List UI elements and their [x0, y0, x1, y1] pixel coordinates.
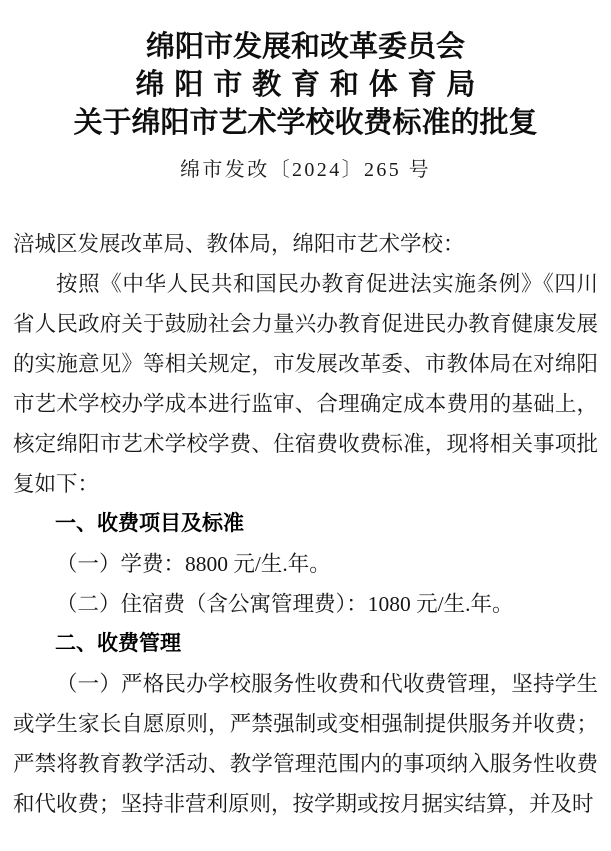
document-number: 绵市发改〔2024〕265 号 — [13, 156, 598, 184]
section2-paragraph: （一）严格民办学校服务性收费和代收费管理，坚持学生或学生家长自愿原则，严禁强制或… — [13, 664, 598, 824]
document-page: 绵阳市发展和改革委员会 绵阳市教育和体育局 关于绵阳市艺术学校收费标准的批复 绵… — [0, 0, 611, 851]
section1-heading: 一、收费项目及标准 — [13, 504, 598, 544]
title-issuer-development-reform-commission: 绵阳市发展和改革委员会 — [13, 28, 598, 66]
document-title: 绵阳市发展和改革委员会 绵阳市教育和体育局 关于绵阳市艺术学校收费标准的批复 — [13, 28, 598, 142]
section1-item-accommodation-fee: （二）住宿费（含公寓管理费）：1080 元/生.年。 — [13, 584, 598, 624]
salutation: 涪城区发展改革局、教体局，绵阳市艺术学校： — [13, 224, 598, 264]
section2-heading: 二、收费管理 — [13, 624, 598, 664]
title-subject: 关于绵阳市艺术学校收费标准的批复 — [13, 104, 598, 142]
intro-paragraph: 按照《中华人民共和国民办教育促进法实施条例》《四川省人民政府关于鼓励社会力量兴办… — [13, 264, 598, 504]
document-body: 涪城区发展改革局、教体局，绵阳市艺术学校： 按照《中华人民共和国民办教育促进法实… — [13, 224, 598, 824]
title-issuer-education-sports-bureau: 绵阳市教育和体育局 — [13, 66, 598, 104]
section1-item-tuition-fee: （一）学费：8800 元/生.年。 — [13, 544, 598, 584]
